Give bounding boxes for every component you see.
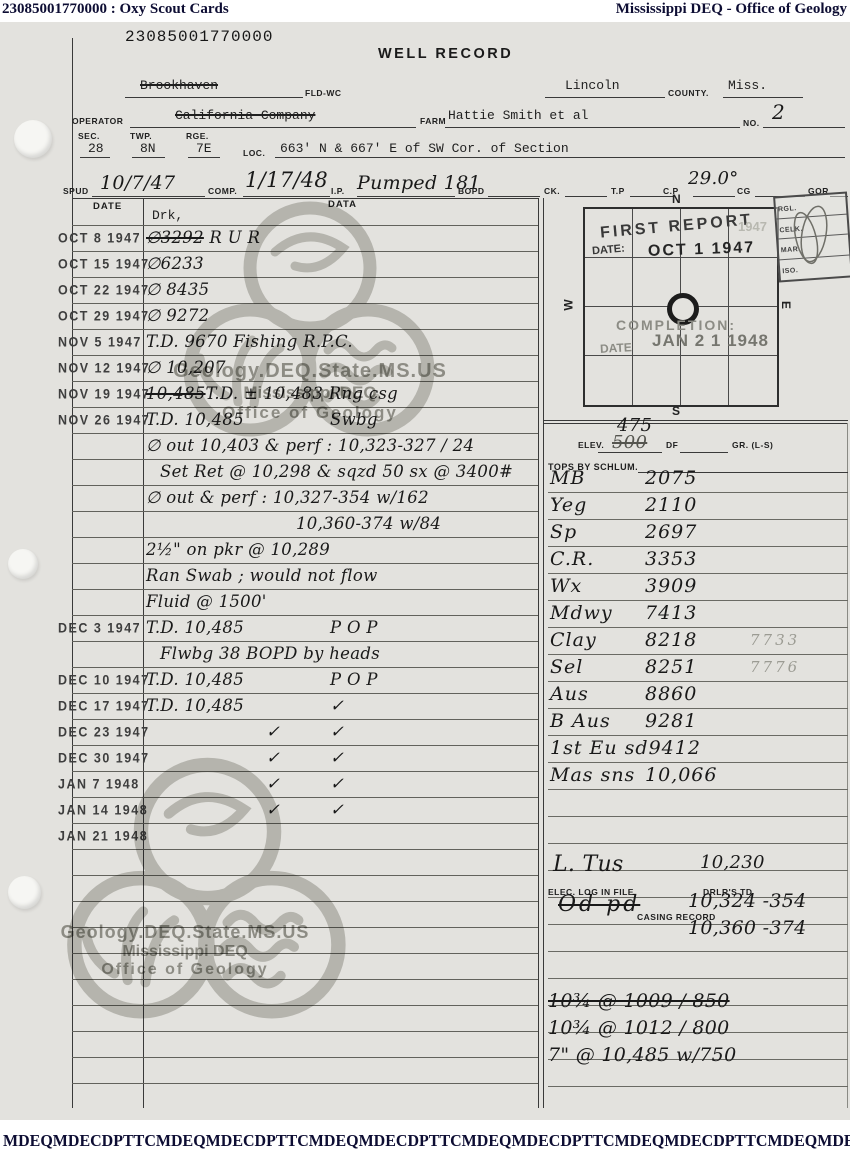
watermark-text: Geology.DEQ.State.MS.US Mississippi DEQ …	[55, 922, 315, 979]
formation-name: B Aus	[550, 708, 645, 735]
formation-name: Sp	[550, 519, 645, 546]
watermark-line2: Mississippi DEQ	[145, 383, 475, 403]
struck-note: Od pd	[558, 892, 640, 917]
date-stamp: NOV 5 1947	[58, 327, 142, 356]
formation-name: C.R.	[550, 546, 645, 573]
farm-label: FARM	[420, 116, 446, 126]
formation-name: MB	[550, 465, 645, 492]
entry-text: Fluid @ 1500'	[146, 592, 267, 611]
formation-name: 1st Eu sd	[550, 735, 649, 762]
formation-name: Wx	[550, 573, 645, 600]
formation-tops-list: MB2075 Yeg2110 Sp2697 C.R.3353 Wx3909 Md…	[550, 465, 848, 789]
api-number: 23085001770000	[125, 28, 273, 46]
document-id-title: 23085001770000 : Oxy Scout Cards	[2, 1, 229, 18]
footer-stamp: MDEQ	[309, 1133, 359, 1151]
row-data: 2½" on pkr @ 10,289	[146, 537, 330, 564]
state-value: Miss.	[728, 78, 767, 93]
table-row: Fluid @ 1500'	[58, 589, 538, 615]
footer-stamp: MDECD	[664, 1133, 724, 1151]
stamp-grid-row: ISO.	[780, 255, 850, 279]
formation-top-row: MB2075	[550, 465, 848, 492]
stamp-grid-label: CELK.	[777, 220, 803, 234]
completion-date-label: DATE	[600, 340, 632, 356]
date-stamp: DEC 17 1947	[58, 691, 150, 720]
formation-depth: 9412	[649, 737, 701, 759]
date-stamp: DEC 23 1947	[58, 717, 150, 746]
footer-stamp: MDECD	[206, 1133, 266, 1151]
elev-label: ELEV.	[578, 440, 604, 450]
table-row: DEC 23 1947 ✓ ✓	[58, 719, 538, 745]
table-row: DEC 17 1947 T.D. 10,485 ✓	[58, 693, 538, 719]
stamp-grid-label: MAR.	[778, 241, 801, 254]
entry-text: Flwbg 38 BOPD by heads	[160, 644, 380, 663]
footer-stamp: MDEQ	[156, 1133, 206, 1151]
county-label: COUNTY.	[668, 88, 709, 98]
ck-label: CK.	[544, 186, 560, 196]
entry-mid-column: ✓	[330, 693, 344, 719]
date-stamp: NOV 19 1947	[58, 379, 150, 408]
table-row: 2½" on pkr @ 10,289	[58, 537, 538, 563]
formation-top-row: Aus8860	[550, 681, 848, 708]
footer-stamp: PTTC	[266, 1133, 309, 1151]
field-label: FLD-WC	[305, 88, 342, 98]
entry-text: T.D. 10,485	[146, 670, 244, 689]
formation-name: Mdwy	[550, 600, 645, 627]
date-stamp: NOV 26 1947	[58, 405, 150, 434]
watermark-line1: Geology.DEQ.State.MS.US	[55, 922, 315, 943]
county-value: Lincoln	[565, 78, 620, 93]
rge-value: 7E	[196, 141, 212, 156]
twp-label: TWP.	[130, 131, 152, 141]
row-data: T.D. 10,485	[146, 615, 244, 642]
deq-watermark-logo	[150, 190, 470, 470]
spud-label: SPUD	[63, 186, 89, 196]
completion-date-stamp: JAN 2 1 1948	[652, 331, 769, 351]
right-divider-line2	[543, 423, 848, 424]
formation-depth: 8218	[645, 629, 697, 651]
formation-depth: 8251	[645, 656, 697, 678]
watermark-line3: Office of Geology	[145, 403, 475, 423]
loc-label: LOC.	[243, 148, 265, 158]
row-data: ∅ out & perf : 10,327-354 w/162	[146, 485, 429, 512]
entry-mid-column: P O P	[330, 667, 378, 693]
table-row: ∅ out & perf : 10,327-354 w/162	[58, 485, 538, 511]
faded-stamp-remnant: 1947	[738, 219, 767, 234]
casing-size-row: 10¾ @ 1012 / 800	[548, 1015, 848, 1042]
elev-original-value: 500	[612, 432, 647, 453]
casing-size-row: 10¾ @ 1009 / 850	[548, 988, 848, 1015]
gr-label: GR. (L-S)	[732, 440, 773, 450]
entry-text: 2½" on pkr @ 10,289	[146, 540, 330, 559]
casing-size-entry: 10¾ @ 1012 / 800	[548, 1017, 730, 1039]
casing-size-list: 10¾ @ 1009 / 850 10¾ @ 1012 / 800 7" @ 1…	[548, 988, 848, 1069]
formation-name: Aus	[550, 681, 645, 708]
formation-depth: 3909	[645, 575, 697, 597]
formation-top-row: Sel82517776	[550, 654, 848, 681]
footer-stamp: PTTC	[113, 1133, 156, 1151]
footer-stamp: PTTC	[725, 1133, 768, 1151]
date-stamp: OCT 8 1947	[58, 223, 141, 252]
well-number-label: NO.	[743, 118, 760, 128]
formation-depth: 2697	[645, 521, 697, 543]
footer-stamp: MDECD	[359, 1133, 419, 1151]
scanned-well-record-page: 23085001770000 : Oxy Scout Cards Mississ…	[0, 0, 850, 1151]
punch-hole	[14, 120, 52, 158]
casing-interval-top: 10,324 -354	[688, 890, 807, 912]
row-data: T.D. 10,485	[146, 693, 244, 720]
operator-label: OPERATOR	[72, 116, 123, 126]
pencil-annotation: 7733	[750, 627, 800, 654]
stamp-grid-label: ISO.	[780, 262, 799, 275]
footer-stamp: MDECD	[817, 1133, 850, 1151]
row-data: 10,360-374 w/84	[146, 511, 441, 538]
viewer-header: 23085001770000 : Oxy Scout Cards Mississ…	[0, 0, 850, 22]
agency-title: Mississippi DEQ - Office of Geology	[616, 1, 847, 18]
drlrs-td-value: 10,230	[700, 852, 765, 873]
formation-top-row: B Aus9281	[550, 708, 848, 735]
form-title: WELL RECORD	[378, 46, 513, 62]
footer-stamp: MDECD	[53, 1133, 113, 1151]
formation-depth: 2075	[645, 467, 697, 489]
footer-stamp: MDEQ	[3, 1133, 53, 1151]
table-row	[58, 1083, 538, 1109]
entry-mid-column: ✓	[330, 719, 344, 745]
entry-mid-column: P O P	[330, 615, 378, 641]
sec-value: 28	[88, 141, 104, 156]
sec-label: SEC.	[78, 131, 100, 141]
formation-top-row: Clay82187733	[550, 627, 848, 654]
rge-label: RGE.	[186, 131, 209, 141]
formation-top-row: Wx3909	[550, 573, 848, 600]
footer-stamp: PTTC	[419, 1133, 462, 1151]
date-stamp: OCT 29 1947	[58, 301, 150, 330]
table-row	[58, 1057, 538, 1083]
formation-depth: 8860	[645, 683, 697, 705]
watermark-text: Geology.DEQ.State.MS.US Mississippi DEQ …	[145, 360, 475, 423]
footer-stamp: MDEQ	[767, 1133, 817, 1151]
formation-name: Sel	[550, 654, 645, 681]
loc-value: 663' N & 667' E of SW Cor. of Section	[280, 141, 569, 156]
twp-value: 8N	[140, 141, 156, 156]
compass-south: S	[672, 404, 680, 418]
casing-interval-bottom: 10,360 -374	[688, 917, 807, 939]
formation-top-row: Mdwy7413	[550, 600, 848, 627]
entry-text: T.D. 10,485	[146, 696, 244, 715]
row-data: Fluid @ 1500'	[146, 589, 267, 616]
date-stamp: OCT 22 1947	[58, 275, 150, 304]
date-stamp: NOV 12 1947	[58, 353, 150, 382]
pencil-annotation: 7776	[750, 654, 800, 681]
row-data: Flwbg 38 BOPD by heads	[146, 641, 380, 668]
elec-log-value: L. Tus	[553, 852, 624, 877]
formation-name: Clay	[550, 627, 645, 654]
date-stamp: OCT 15 1947	[58, 249, 150, 278]
footer-stamp-row: MDEQMDECDPTTCMDEQMDECDPTTCMDEQMDECDPTTCM…	[0, 1120, 850, 1151]
first-report-date-stamp: OCT 1 1947	[648, 239, 756, 261]
row-data: Ran Swab ; would not flow	[146, 563, 378, 590]
log-type-stamp-grid: RGL. CELK. MAR. ISO.	[773, 192, 850, 283]
formation-depth: 9281	[645, 710, 697, 732]
row-data: ✓	[146, 719, 280, 746]
formation-depth: 3353	[645, 548, 697, 570]
casing-size-row: 7" @ 10,485 w/750	[548, 1042, 848, 1069]
date-stamp: DEC 3 1947	[58, 613, 141, 642]
formation-top-row: 1st Eu sd9412	[550, 735, 848, 762]
right-section-border	[543, 198, 544, 1108]
tp-label: T.P	[611, 186, 625, 196]
table-right-border	[538, 198, 539, 1108]
formation-depth: 10,066	[645, 764, 717, 786]
table-row: Ran Swab ; would not flow	[58, 563, 538, 589]
formation-depth: 2110	[645, 494, 697, 516]
footer-stamp: MDECD	[511, 1133, 571, 1151]
deq-watermark-logo	[30, 745, 385, 1056]
stamp-grid-label: RGL.	[775, 200, 797, 213]
date-stamp: DEC 10 1947	[58, 665, 150, 694]
formation-name: Mas sns	[550, 762, 645, 789]
table-row: Flwbg 38 BOPD by heads	[58, 641, 538, 667]
entry-text: Ran Swab ; would not flow	[146, 566, 378, 585]
compass-east: E	[779, 301, 793, 309]
watermark-line2: Mississippi DEQ	[55, 943, 315, 961]
table-row: DEC 10 1947 T.D. 10,485 P O P	[58, 667, 538, 693]
cg-label: CG	[737, 186, 751, 196]
casing-size-entry: 7" @ 10,485 w/750	[548, 1044, 736, 1066]
formation-name: Yeg	[550, 492, 645, 519]
formation-top-row: Mas sns10,066	[550, 762, 848, 789]
footer-stamp: MDEQ	[462, 1133, 512, 1151]
operator-value: California Company	[175, 108, 315, 123]
row-data: T.D. 10,485	[146, 667, 244, 694]
compass-west: W	[562, 299, 576, 310]
entry-text: ✓	[266, 722, 280, 741]
formation-depth: 7413	[645, 602, 697, 624]
cp-value: 29.0°	[688, 168, 739, 189]
watermark-line1: Geology.DEQ.State.MS.US	[145, 360, 475, 383]
df-label: DF	[666, 440, 678, 450]
casing-size-entry: 10¾ @ 1009 / 850	[548, 990, 730, 1012]
footer-stamp: PTTC	[572, 1133, 615, 1151]
formation-top-row: C.R.3353	[550, 546, 848, 573]
formation-top-row: Sp2697	[550, 519, 848, 546]
punch-hole	[8, 549, 38, 579]
table-row: DEC 3 1947 T.D. 10,485 P O P	[58, 615, 538, 641]
compass-north: N	[672, 192, 681, 206]
well-number-value: 2	[772, 100, 785, 124]
formation-top-row: Yeg2110	[550, 492, 848, 519]
footer-stamp: MDEQ	[615, 1133, 665, 1151]
comp-value: 1/17/48	[245, 168, 328, 192]
date-column-header: DATE	[93, 201, 122, 212]
farm-value: Hattie Smith et al	[448, 108, 588, 123]
right-divider-line	[543, 420, 848, 421]
table-row: 10,360-374 w/84	[58, 511, 538, 537]
entry-text: ∅ out & perf : 10,327-354 w/162	[146, 488, 429, 507]
entry-text: T.D. 10,485	[146, 618, 244, 637]
watermark-line3: Office of Geology	[55, 961, 315, 979]
field-name-value: Brookhaven	[140, 78, 218, 93]
entry-text: 10,360-374 w/84	[296, 514, 441, 533]
